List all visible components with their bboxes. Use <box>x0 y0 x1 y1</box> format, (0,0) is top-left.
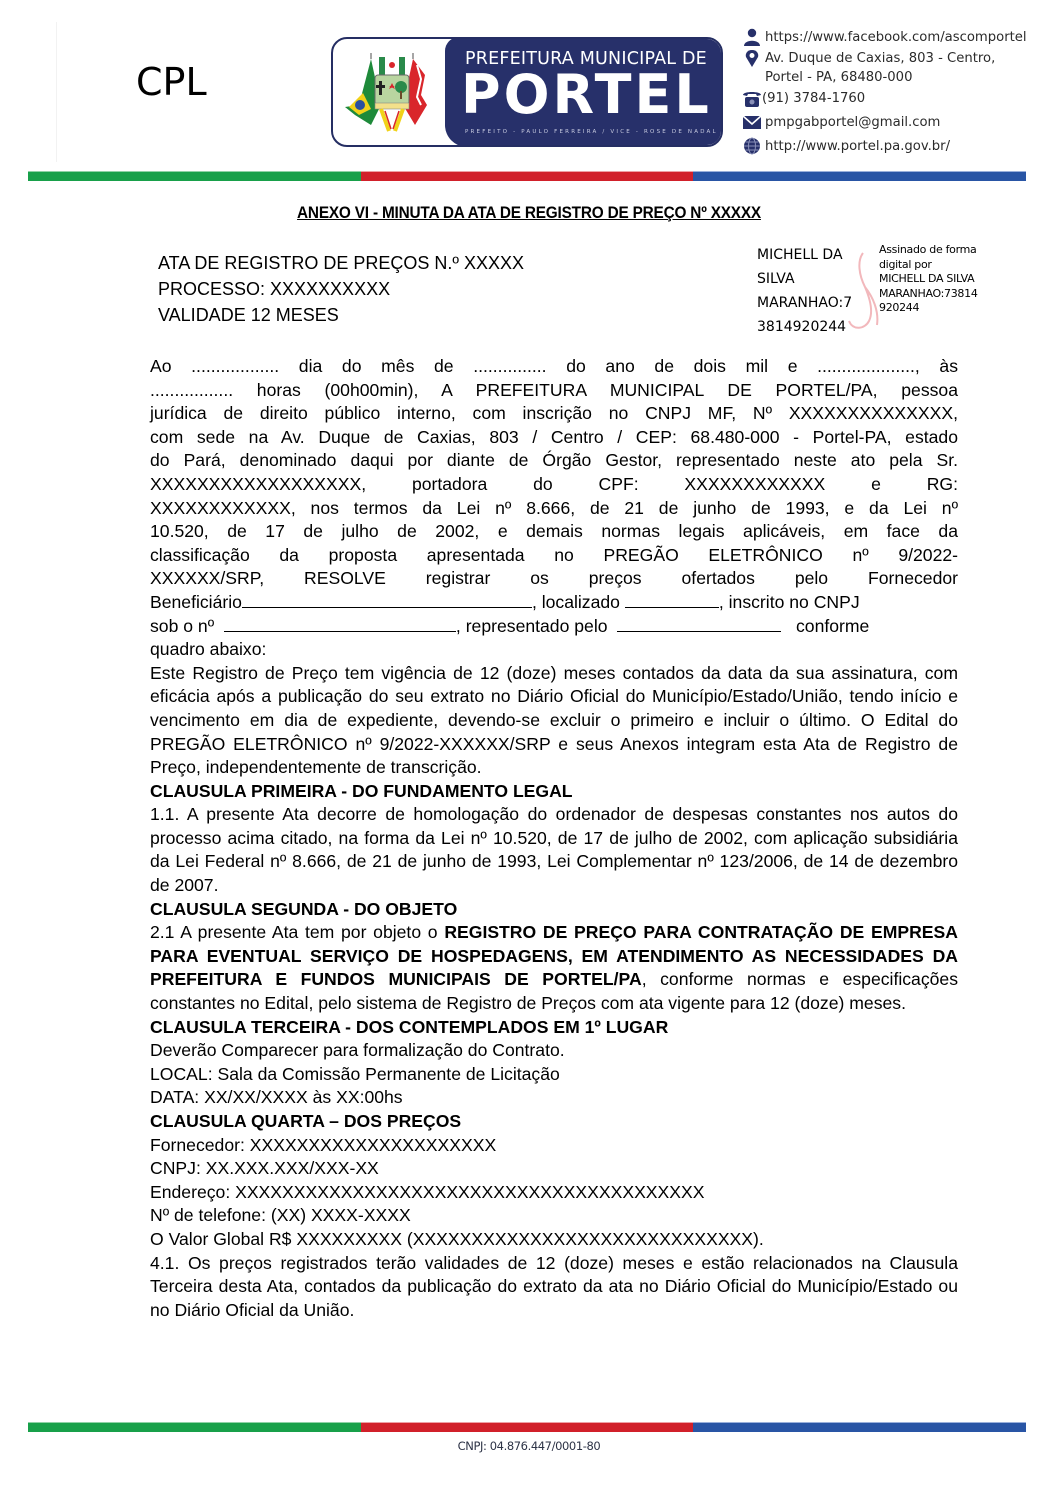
clausula-terceira-line: LOCAL: Sala da Comissão Permanente de Li… <box>150 1063 958 1087</box>
intro-line-blanks-1: Beneficiário, localizado , inscrito no C… <box>150 591 958 615</box>
intro-line: jurídica de direito público interno, com… <box>150 402 958 426</box>
validity: VALIDADE 12 MESES <box>158 302 524 328</box>
logo-line-2: PORTEL <box>461 65 712 125</box>
contact-address-2: Portel - PA, 68480-000 <box>765 68 912 88</box>
global-value-field: O Valor Global R$ XXXXXXXXX (XXXXXXXXXXX… <box>150 1228 958 1252</box>
globe-icon <box>742 137 762 155</box>
document-meta: ATA DE REGISTRO DE PREÇOS N.º XXXXX PROC… <box>158 250 524 328</box>
intro-line-blanks-2: sob o nº , representado pelo conforme <box>150 615 958 639</box>
signer-name: MICHELL DA SILVA MARANHAO:7 3814920244 <box>757 243 867 339</box>
clausula-primeira-heading: CLAUSULA PRIMEIRA - DO FUNDAMENTO LEGAL <box>150 780 958 804</box>
clausula-terceira-line: Deverão Comparecer para formalização do … <box>150 1039 958 1063</box>
logo-line-3: PREFEITO - PAULO FERREIRA / VICE - ROSE … <box>465 129 718 135</box>
location-blank[interactable] <box>625 591 719 608</box>
intro-line: ................. horas (00h00min), A PR… <box>150 379 958 403</box>
cnpj-field: CNPJ: XX.XXX.XXX/XXX-XX <box>150 1157 958 1181</box>
contact-facebook-link[interactable]: https://www.facebook.com/ascomportel <box>765 28 1027 48</box>
clausula-segunda-heading: CLAUSULA SEGUNDA - DO OBJETO <box>150 898 958 922</box>
stripe-blue <box>693 171 1026 181</box>
intro-line: Ao .................. dia do mês de ....… <box>150 355 958 379</box>
contact-address-line2: Portel - PA, 68480-000 <box>765 68 912 88</box>
representative-blank[interactable] <box>617 615 781 632</box>
stripe-green <box>28 1422 361 1432</box>
contact-website-link[interactable]: http://www.portel.pa.gov.br/ <box>765 137 950 157</box>
contact-facebook: https://www.facebook.com/ascomportel <box>742 28 1027 48</box>
contact-website: http://www.portel.pa.gov.br/ <box>742 137 950 157</box>
coat-of-arms-icon <box>341 45 441 141</box>
contact-address: Av. Duque de Caxias, 803 - Centro, <box>742 49 995 69</box>
supplier-name-blank[interactable] <box>242 591 532 608</box>
contact-phone: (91) 3784-1760 <box>742 89 865 109</box>
validity-paragraph: Este Registro de Preço tem vigência de 1… <box>150 662 958 780</box>
department-label: CPL <box>136 60 207 104</box>
contact-phone-number: (91) 3784-1760 <box>762 89 865 109</box>
intro-line: XXXXXXXXXXXXXXXXXX, portadora do CPF: XX… <box>150 473 958 497</box>
intro-line: quadro abaixo: <box>150 638 958 662</box>
footer-cnpj: CNPJ: 04.876.447/0001-80 <box>0 1439 1058 1453</box>
intro-line: XXXXXX/SRP, RESOLVE registrar os preços … <box>150 567 958 591</box>
contact-email: pmpgabportel@gmail.com <box>742 113 940 133</box>
document-body: Ao .................. dia do mês de ....… <box>150 355 958 1322</box>
location-pin-icon <box>742 49 762 67</box>
stripe-red <box>361 171 694 181</box>
stripe-blue <box>693 1422 1026 1432</box>
clausula-terceira-heading: CLAUSULA TERCEIRA - DOS CONTEMPLADOS EM … <box>150 1016 958 1040</box>
header-color-stripe <box>28 171 1026 181</box>
municipality-logo: PREFEITURA MUNICIPAL DE PORTEL PREFEITO … <box>331 37 723 147</box>
ata-number: ATA DE REGISTRO DE PREÇOS N.º XXXXX <box>158 250 524 276</box>
cnpj-blank[interactable] <box>224 615 456 632</box>
stripe-green <box>28 171 361 181</box>
stripe-red <box>361 1422 694 1432</box>
footer-color-stripe <box>28 1422 1026 1432</box>
contact-address-line1: Av. Duque de Caxias, 803 - Centro, <box>765 49 995 69</box>
intro-line: 10.520, de 17 de julho de 2002, e demais… <box>150 520 958 544</box>
logo-title-band: PREFEITURA MUNICIPAL DE PORTEL PREFEITO … <box>445 37 723 147</box>
clausula-primeira-text: 1.1. A presente Ata decorre de homologaç… <box>150 803 958 897</box>
phone-field: Nº de telefone: (XX) XXXX-XXXX <box>150 1204 958 1228</box>
clausula-quarta-item: 4.1. Os preços registrados terão validad… <box>150 1252 958 1323</box>
document-title: ANEXO VI - MINUTA DA ATA DE REGISTRO DE … <box>37 204 1021 223</box>
page-margin-line <box>56 22 57 162</box>
intro-paragraph: Ao .................. dia do mês de ....… <box>150 355 958 662</box>
clausula-segunda-text: 2.1 A presente Ata tem por objeto o REGI… <box>150 921 958 1015</box>
signature-detail: Assinado de forma digital por MICHELL DA… <box>879 243 1029 316</box>
telephone-icon <box>742 89 762 107</box>
intro-line: XXXXXXXXXXXX, nos termos da Lei nº 8.666… <box>150 497 958 521</box>
user-icon <box>742 28 762 46</box>
clausula-quarta-heading: CLAUSULA QUARTA – DOS PREÇOS <box>150 1110 958 1134</box>
address-field: Endereço: XXXXXXXXXXXXXXXXXXXXXXXXXXXXXX… <box>150 1181 958 1205</box>
clausula-terceira-line: DATA: XX/XX/XXXX às XX:00hs <box>150 1086 958 1110</box>
contact-email-address[interactable]: pmpgabportel@gmail.com <box>765 113 940 133</box>
supplier-field: Fornecedor: XXXXXXXXXXXXXXXXXXXXX <box>150 1134 958 1158</box>
process-number: PROCESSO: XXXXXXXXXX <box>158 276 524 302</box>
envelope-icon <box>742 113 762 131</box>
intro-line: classificação da proposta apresentada no… <box>150 544 958 568</box>
intro-line: do Pará, denominado daqui por diante de … <box>150 449 958 473</box>
intro-line: com sede na Av. Duque de Caxias, 803 / C… <box>150 426 958 450</box>
